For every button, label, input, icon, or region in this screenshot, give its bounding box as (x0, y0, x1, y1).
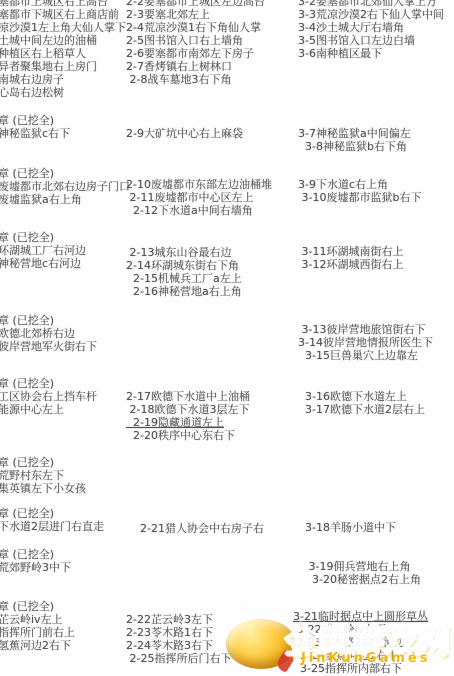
text-line: 2-3要塞北郊左上 (126, 8, 265, 21)
text-line: 能源中心左上 (0, 403, 97, 416)
location-list: 塞都市上城区右上高台塞都市下城区右上商店前凉沙漠1左上角大仙人掌下土城中间左边的… (0, 0, 454, 676)
column-1-block: 章 (已挖全)废墟都市北郊右边房子门口废墟监狱a右上角 (0, 167, 130, 206)
text-line: 3-14彼岸营地情报所医生下 (298, 336, 433, 349)
column-2-block: 2-22芷云岭3左下2-23苓木路1右下2-24苓木路3右下 2-25指挥所后门… (126, 613, 231, 665)
text-line: 2-8战车墓地3右下角 (126, 73, 265, 86)
column-2-block: 2-9大矿坑中心右上麻袋 (126, 127, 243, 140)
column-1-block: 章 (已挖全)荒郊野岭3中下 (0, 548, 71, 574)
text-line: 废墟都市北郊右边房子门口 (0, 180, 130, 193)
text-line: 3-21临时据点中上圆形草丛 (293, 610, 428, 623)
text-line: 神秘营地c右河边 (0, 257, 86, 270)
column-1-block: 章 (已挖全)下水道2层进门右直走 (0, 507, 104, 533)
text-line: 章 (已挖全) (0, 507, 104, 520)
text-line: 3-13彼岸营地旅馆街右下 (298, 323, 433, 336)
column-1-block: 章 (已挖全)环湖城工厂右河边神秘营地c右河边 (0, 231, 86, 270)
text-line: 2-6要塞都市南郊左下房子 (126, 47, 265, 60)
text-line: 种植区右上稻草人 (0, 47, 126, 60)
text-line: 指挥所门前右上 (0, 626, 75, 639)
text-line: 2-18欧德下水道3层左下 (126, 403, 250, 416)
text-line: 2-17欧德下水道中上油桶 (126, 390, 250, 403)
text-line: 2-21猎人协会中右房子右 (126, 522, 264, 535)
text-line: 章 (已挖全) (0, 314, 97, 327)
column-3-block: 3-18羊肠小道中下 (298, 521, 396, 534)
text-line: 神秘监狱c右下 (0, 127, 70, 140)
text-line: 3-16欧德下水道左上 (298, 390, 425, 403)
text-line: 3-19佣兵营地右上角 (298, 560, 421, 573)
column-2-block: 2-17欧德下水道中上油桶 2-18欧德下水道3层左下 2-19隐藏通道左上 2… (126, 390, 250, 442)
text-line: 土城中间左边的油桶 (0, 34, 126, 47)
column-1-block: 章 (已挖全)荒野村东左下集英镇左下小女孩 (0, 456, 86, 495)
text-line: 南城右边房子 (0, 73, 126, 86)
text-line: 章 (已挖全) (0, 377, 97, 390)
column-1-block: 塞都市上城区右上高台塞都市下城区右上商店前凉沙漠1左上角大仙人掌下土城中间左边的… (0, 0, 126, 99)
text-line: 章 (已挖全) (0, 548, 71, 561)
text-line: 塞都市下城区右上商店前 (0, 8, 126, 21)
text-line: 3-25指挥所内部右下 (293, 662, 428, 675)
text-line: 章 (已挖全) (0, 456, 86, 469)
column-3-block: 3-21临时据点中上圆形草丛 3-22芷云岭iv右下 3-23苓木路2右下河边 … (293, 610, 428, 675)
text-line: 章 (已挖全) (0, 600, 75, 613)
column-2-block: 2-2要塞都市上城区左边高台2-3要塞北郊左上2-4荒凉沙漠1右下角仙人掌2-5… (126, 0, 265, 86)
text-line: 3-5图书馆入口左边白墙 (298, 34, 444, 47)
text-line: 工区协会右上挡车杆 (0, 390, 97, 403)
text-line: 2-11废墟都市中心区左上 (126, 191, 272, 204)
text-line: 章 (已挖全) (0, 231, 86, 244)
text-line: 集英镇左下小女孩 (0, 482, 86, 495)
text-line: 心岛右边松树 (0, 86, 126, 99)
column-1-block: 章 (已挖全)欧德北郊桥右边彼岸营地军火街右下 (0, 314, 97, 353)
column-3-block: 3-7神秘监狱a中间偏左 3-8神秘监狱b右下角 (298, 127, 411, 153)
text-line: 彼岸营地军火街右下 (0, 340, 97, 353)
text-line: 异者聚集地右上房门 (0, 60, 126, 73)
column-2-block: 2-10废墟都市东部左边油桶堆 2-11废墟都市中心区左上 2-12下水道a中间… (126, 178, 272, 217)
text-line: 荒郊野岭3中下 (0, 561, 71, 574)
text-line: 3-10废墟都市监狱b右下 (298, 191, 421, 204)
text-line: 3-4沙土城大厅右墙角 (298, 21, 444, 34)
text-line: 2-23苓木路1右下 (126, 626, 231, 639)
text-line: 章 (已挖全) (0, 114, 70, 127)
text-line: 3-22芷云岭iv右下 (293, 623, 428, 636)
column-3-block: 3-13彼岸营地旅馆街右下3-14彼岸营地情报所医生下 3-15巨兽巢穴上边靠左 (298, 323, 433, 362)
text-line: 3-7神秘监狱a中间偏左 (298, 127, 411, 140)
text-line: 2-7香烤镇右上树林口 (126, 60, 265, 73)
text-line: 欧德北郊桥右边 (0, 327, 97, 340)
text-line: 3-12环湖城西街右上 (298, 258, 403, 271)
text-line: 2-24苓木路3右下 (126, 639, 231, 652)
text-line: 2-14环湖城东街右下角 (126, 259, 242, 272)
text-line: 氢蕉河边2右下 (0, 639, 75, 652)
text-line: 2-19隐藏通道左上 (126, 416, 250, 429)
text-line: 芷云岭iv左上 (0, 613, 75, 626)
text-line: 3-17欧德下水道2层右上 (298, 403, 425, 416)
text-line: 2-12下水道a中间右墙角 (126, 204, 272, 217)
text-line: 2-5图书馆入口右上墙角 (126, 34, 265, 47)
text-line: 2-4荒凉沙漠1右下角仙人掌 (126, 21, 265, 34)
text-line: 3-3荒凉沙漠2右下仙人掌中间 (298, 8, 444, 21)
column-1-block: 章 (已挖全)工区协会右上挡车杆能源中心左上 (0, 377, 97, 416)
column-2-block: 2-21猎人协会中右房子右 (126, 522, 264, 535)
column-3-block: 3-11环湖城南街右上 3-12环湖城西街右上 (298, 245, 403, 271)
text-line: 2-16神秘营地a右上角 (126, 285, 242, 298)
text-line: 2-10废墟都市东部左边油桶堆 (126, 178, 272, 191)
text-line: 凉沙漠1左上角大仙人掌下 (0, 21, 126, 34)
text-line: 3-18羊肠小道中下 (298, 521, 396, 534)
text-line: 3-15巨兽巢穴上边靠左 (298, 349, 433, 362)
column-3-block: 3-9下水道c右上角 3-10废墟都市监狱b右下 (298, 178, 421, 204)
text-line: 2-2要塞都市上城区左边高台 (126, 0, 265, 8)
text-line: 2-20秩序中心东右下 (126, 429, 250, 442)
column-1-block: 章 (已挖全)芷云岭iv左上指挥所门前右上氢蕉河边2右下 (0, 600, 75, 652)
column-3-block: 3-19佣兵营地右上角 3-20秘密据点2右上角 (298, 560, 421, 586)
column-3-block: 3-2要塞都市北郊仙人掌上方3-3荒凉沙漠2右下仙人掌中间3-4沙土城大厅右墙角… (298, 0, 444, 60)
text-line: 荒野村东左下 (0, 469, 86, 482)
document-page: 塞都市上城区右上高台塞都市下城区右上商店前凉沙漠1左上角大仙人掌下土城中间左边的… (0, 0, 454, 676)
text-line: 2-13城东山谷最右边 (126, 246, 242, 259)
text-line: 2-15机械兵工厂a左上 (126, 272, 242, 285)
text-line: 3-23苓木路2右下河边 (293, 636, 428, 649)
text-line: 3-2要塞都市北郊仙人掌上方 (298, 0, 444, 8)
text-line: 环湖城工厂右河边 (0, 244, 86, 257)
column-3-block: 3-16欧德下水道左上 3-17欧德下水道2层右上 (298, 390, 425, 416)
text-line: 2-22芷云岭3左下 (126, 613, 231, 626)
text-line: 3-11环湖城南街右上 (298, 245, 403, 258)
text-line: 2-9大矿坑中心右上麻袋 (126, 127, 243, 140)
text-line: 2-25指挥所后门右下 (126, 652, 231, 665)
column-2-block: 2-13城东山谷最右边2-14环湖城东街右下角 2-15机械兵工厂a左上 2-1… (126, 246, 242, 298)
column-1-block: 章 (已挖全)神秘监狱c右下 (0, 114, 70, 140)
text-line: 3-24氢蕉河边1右下 (293, 649, 428, 662)
text-line: 3-20秘密据点2右上角 (298, 573, 421, 586)
text-line: 3-6南种植区最下 (298, 47, 444, 60)
text-line: 3-9下水道c右上角 (298, 178, 421, 191)
text-line: 塞都市上城区右上高台 (0, 0, 126, 8)
text-line: 章 (已挖全) (0, 167, 130, 180)
text-line: 废墟监狱a右上角 (0, 193, 130, 206)
text-line: 下水道2层进门右直走 (0, 520, 104, 533)
text-line: 3-8神秘监狱b右下角 (298, 140, 411, 153)
